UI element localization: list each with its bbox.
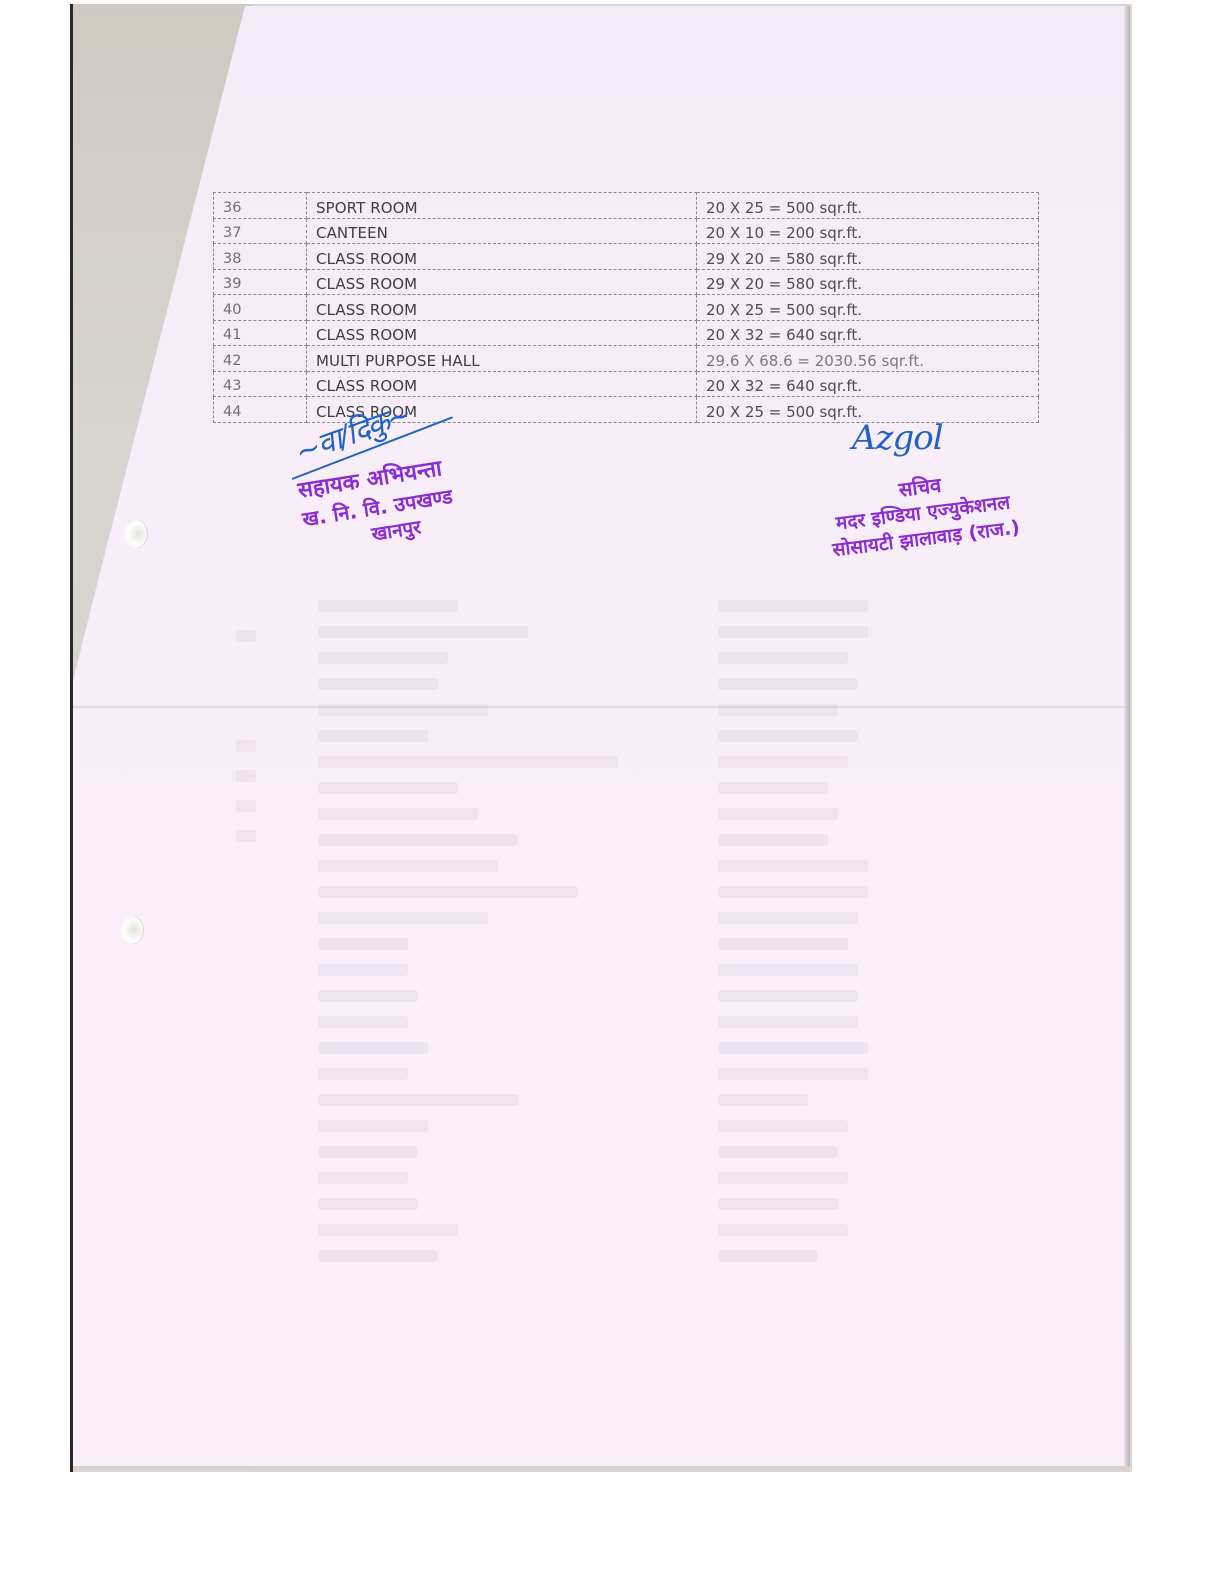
cell-name: CLASS ROOM (307, 295, 697, 321)
cell-area: 29.6 X 68.6 = 2030.56 sqr.ft. (697, 346, 1039, 372)
cell-area: 20 X 10 = 200 sqr.ft. (697, 218, 1039, 244)
table-row: 41CLASS ROOM20 X 32 = 640 sqr.ft. (214, 320, 1039, 346)
secretary-signature: Azgol (852, 418, 943, 458)
table-row: 38CLASS ROOM29 X 20 = 580 sqr.ft. (214, 244, 1039, 270)
cell-name: CANTEEN (307, 218, 697, 244)
paper-fold-line (73, 706, 1130, 708)
punch-hole (124, 520, 148, 548)
cell-sno: 41 (214, 320, 307, 346)
cell-area: 20 X 25 = 500 sqr.ft. (697, 295, 1039, 321)
cell-area: 29 X 20 = 580 sqr.ft. (697, 244, 1039, 270)
table-row: 42MULTI PURPOSE HALL29.6 X 68.6 = 2030.5… (214, 346, 1039, 372)
cell-name: CLASS ROOM (307, 371, 697, 397)
cell-sno: 44 (214, 397, 307, 423)
cell-area: 20 X 32 = 640 sqr.ft. (697, 320, 1039, 346)
page-edge-bottom (73, 1466, 1130, 1470)
table-row: 39CLASS ROOM29 X 20 = 580 sqr.ft. (214, 269, 1039, 295)
cell-sno: 38 (214, 244, 307, 270)
cell-sno: 42 (214, 346, 307, 372)
cell-name: CLASS ROOM (307, 320, 697, 346)
cell-sno: 40 (214, 295, 307, 321)
page-edge-right (1124, 6, 1130, 1470)
table-row: 43CLASS ROOM20 X 32 = 640 sqr.ft. (214, 371, 1039, 397)
cell-area: 20 X 32 = 640 sqr.ft. (697, 371, 1039, 397)
cell-area: 20 X 25 = 500 sqr.ft. (697, 193, 1039, 219)
cell-sno: 43 (214, 371, 307, 397)
cell-sno: 39 (214, 269, 307, 295)
cell-name: MULTI PURPOSE HALL (307, 346, 697, 372)
punch-hole (120, 916, 144, 944)
table-row: 40CLASS ROOM20 X 25 = 500 sqr.ft. (214, 295, 1039, 321)
cell-name: CLASS ROOM (307, 244, 697, 270)
cell-name: CLASS ROOM (307, 269, 697, 295)
table-row: 37CANTEEN20 X 10 = 200 sqr.ft. (214, 218, 1039, 244)
cell-sno: 37 (214, 218, 307, 244)
table-row: 36SPORT ROOM20 X 25 = 500 sqr.ft. (214, 193, 1039, 219)
room-area-table: 36SPORT ROOM20 X 25 = 500 sqr.ft.37CANTE… (213, 192, 1039, 423)
cell-sno: 36 (214, 193, 307, 219)
cell-area: 29 X 20 = 580 sqr.ft. (697, 269, 1039, 295)
cell-name: SPORT ROOM (307, 193, 697, 219)
